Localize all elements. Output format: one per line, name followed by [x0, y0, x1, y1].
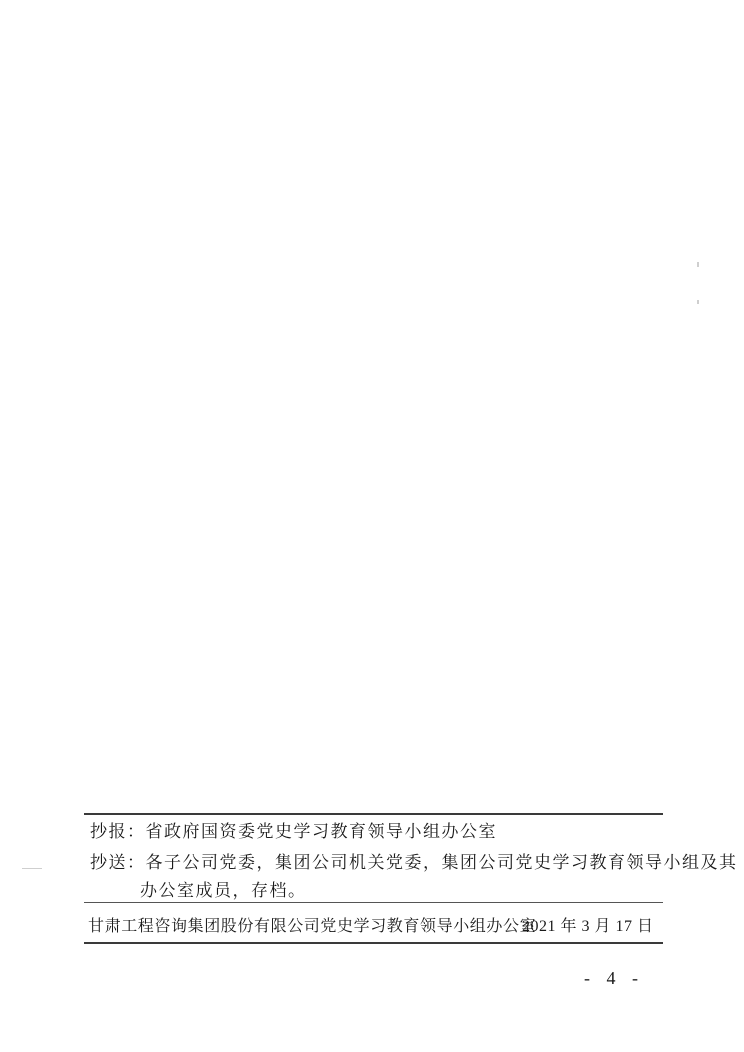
scan-mark — [697, 262, 699, 267]
issuer-name: 甘肃工程咨询集团股份有限公司党史学习教育领导小组办公室 — [88, 913, 536, 936]
report-to-text: 省政府国资委党史学习教育领导小组办公室 — [146, 822, 498, 842]
copy-to-line: 抄送：各子公司党委，集团公司机关党委，集团公司党史学习教育领导小组及其 — [90, 853, 738, 873]
middle-rule — [84, 902, 663, 903]
copy-to-text-line2: 办公室成员，存档。 — [140, 881, 307, 901]
copy-to-label: 抄送： — [90, 853, 146, 873]
issue-date: 2021 年 3 月 17 日 — [522, 913, 654, 936]
scan-mark — [22, 868, 42, 869]
scan-mark — [697, 300, 699, 304]
top-rule — [84, 813, 663, 815]
report-to-line: 抄报：省政府国资委党史学习教育领导小组办公室 — [90, 822, 497, 842]
bottom-rule — [84, 942, 663, 944]
copy-to-text-line1: 各子公司党委，集团公司机关党委，集团公司党史学习教育领导小组及其 — [146, 853, 738, 873]
page-number: - 4 - — [584, 968, 644, 989]
copy-to-line-2: 办公室成员，存档。 — [140, 881, 307, 901]
report-to-label: 抄报： — [90, 822, 146, 842]
